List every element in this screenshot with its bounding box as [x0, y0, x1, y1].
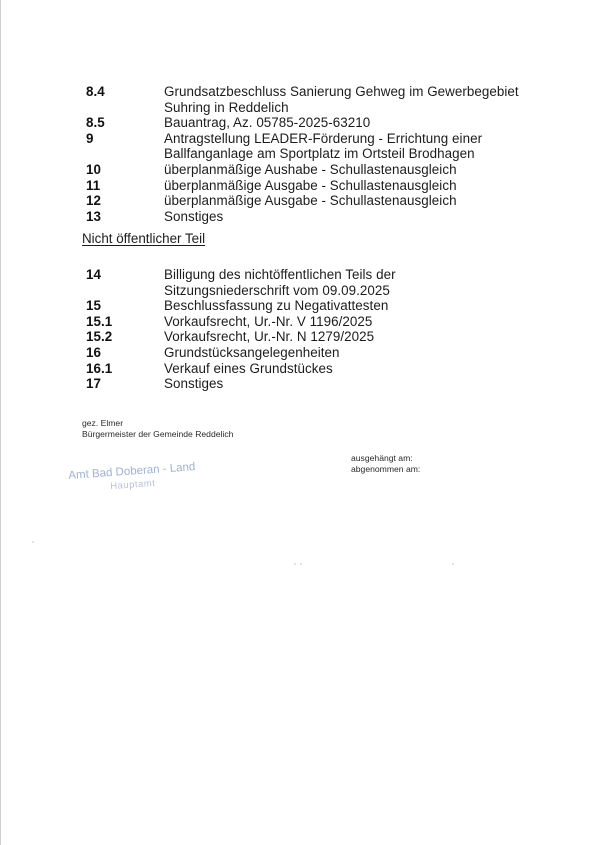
- agenda-item-title: überplanmäßige Ausgabe - Schullastenausg…: [164, 193, 556, 209]
- agenda-item-title: überplanmäßige Ausgabe - Schullastenausg…: [164, 178, 556, 194]
- agenda-item: 15.1Vorkaufsrecht, Ur.-Nr. V 1196/2025: [86, 314, 556, 330]
- removed-label: abgenommen am:: [351, 464, 420, 475]
- agenda-item-number: 11: [86, 178, 164, 194]
- scan-speck: [300, 563, 302, 565]
- agenda-item-title: Sonstiges: [164, 209, 556, 225]
- agenda-item-number: 15.2: [86, 329, 164, 345]
- agenda-item: 14Billigung des nichtöffentlichen Teils …: [86, 267, 556, 298]
- agenda-item: 15Beschlussfassung zu Negativattesten: [86, 298, 556, 314]
- agenda-item: 13Sonstiges: [86, 209, 556, 225]
- agenda-item-title: überplanmäßige Aushabe - Schullastenausg…: [164, 162, 556, 178]
- office-stamp: Amt Bad Doberan - Land Hauptamt: [68, 461, 197, 496]
- agenda-item: 17Sonstiges: [86, 376, 556, 392]
- scan-speck: [32, 541, 34, 543]
- signature-name: gez. Elmer: [82, 418, 233, 429]
- agenda-item: 10überplanmäßige Aushabe - Schullastenau…: [86, 162, 556, 178]
- posting-block: ausgehängt am: abgenommen am:: [351, 453, 420, 474]
- agenda-item-number: 8.4: [86, 84, 164, 115]
- agenda-item-number: 15: [86, 298, 164, 314]
- posted-label: ausgehängt am:: [351, 453, 420, 464]
- agenda-item-title: Verkauf eines Grundstückes: [164, 361, 556, 377]
- agenda-item-number: 9: [86, 131, 164, 162]
- agenda-item: 16Grundstücksangelegenheiten: [86, 345, 556, 361]
- agenda-item-title: Beschlussfassung zu Negativattesten: [164, 298, 556, 314]
- agenda-item: 12überplanmäßige Ausgabe - Schullastenau…: [86, 193, 556, 209]
- agenda-item-title: Grundsatzbeschluss Sanierung Gehweg im G…: [164, 84, 556, 115]
- private-agenda-list: 14Billigung des nichtöffentlichen Teils …: [86, 267, 556, 392]
- agenda-item: 9Antragstellung LEADER-Förderung - Erric…: [86, 131, 556, 162]
- agenda-item-number: 16: [86, 345, 164, 361]
- agenda-item-number: 14: [86, 267, 164, 298]
- agenda-item-number: 8.5: [86, 115, 164, 131]
- agenda-item: 16.1Verkauf eines Grundstückes: [86, 361, 556, 377]
- public-agenda-list: 8.4Grundsatzbeschluss Sanierung Gehweg i…: [86, 84, 556, 224]
- agenda-item-title: Grundstücksangelegenheiten: [164, 345, 556, 361]
- agenda-item-title: Antragstellung LEADER-Förderung - Errich…: [164, 131, 556, 162]
- agenda-item-title: Bauantrag, Az. 05785-2025-63210: [164, 115, 556, 131]
- agenda-item: 8.4Grundsatzbeschluss Sanierung Gehweg i…: [86, 84, 556, 115]
- page-edge-line: [0, 0, 1, 845]
- agenda-item-title: Vorkaufsrecht, Ur.-Nr. N 1279/2025: [164, 329, 556, 345]
- agenda-item-title: Billigung des nichtöffentlichen Teils de…: [164, 267, 556, 298]
- signature-block: gez. Elmer Bürgermeister der Gemeinde Re…: [82, 418, 233, 440]
- agenda-item-number: 13: [86, 209, 164, 225]
- agenda-item-number: 12: [86, 193, 164, 209]
- signature-role: Bürgermeister der Gemeinde Reddelich: [82, 429, 233, 440]
- agenda-item: 8.5Bauantrag, Az. 05785-2025-63210: [86, 115, 556, 131]
- agenda-item-number: 17: [86, 376, 164, 392]
- agenda-item-title: Vorkaufsrecht, Ur.-Nr. V 1196/2025: [164, 314, 556, 330]
- agenda-item-number: 10: [86, 162, 164, 178]
- agenda-item-number: 15.1: [86, 314, 164, 330]
- agenda-item-title: Sonstiges: [164, 376, 556, 392]
- agenda-item: 15.2Vorkaufsrecht, Ur.-Nr. N 1279/2025: [86, 329, 556, 345]
- scan-speck: [452, 563, 454, 565]
- agenda-item: 11überplanmäßige Ausgabe - Schullastenau…: [86, 178, 556, 194]
- agenda-item-number: 16.1: [86, 361, 164, 377]
- scan-speck: [294, 563, 296, 565]
- private-section-heading: Nicht öffentlicher Teil: [82, 231, 205, 247]
